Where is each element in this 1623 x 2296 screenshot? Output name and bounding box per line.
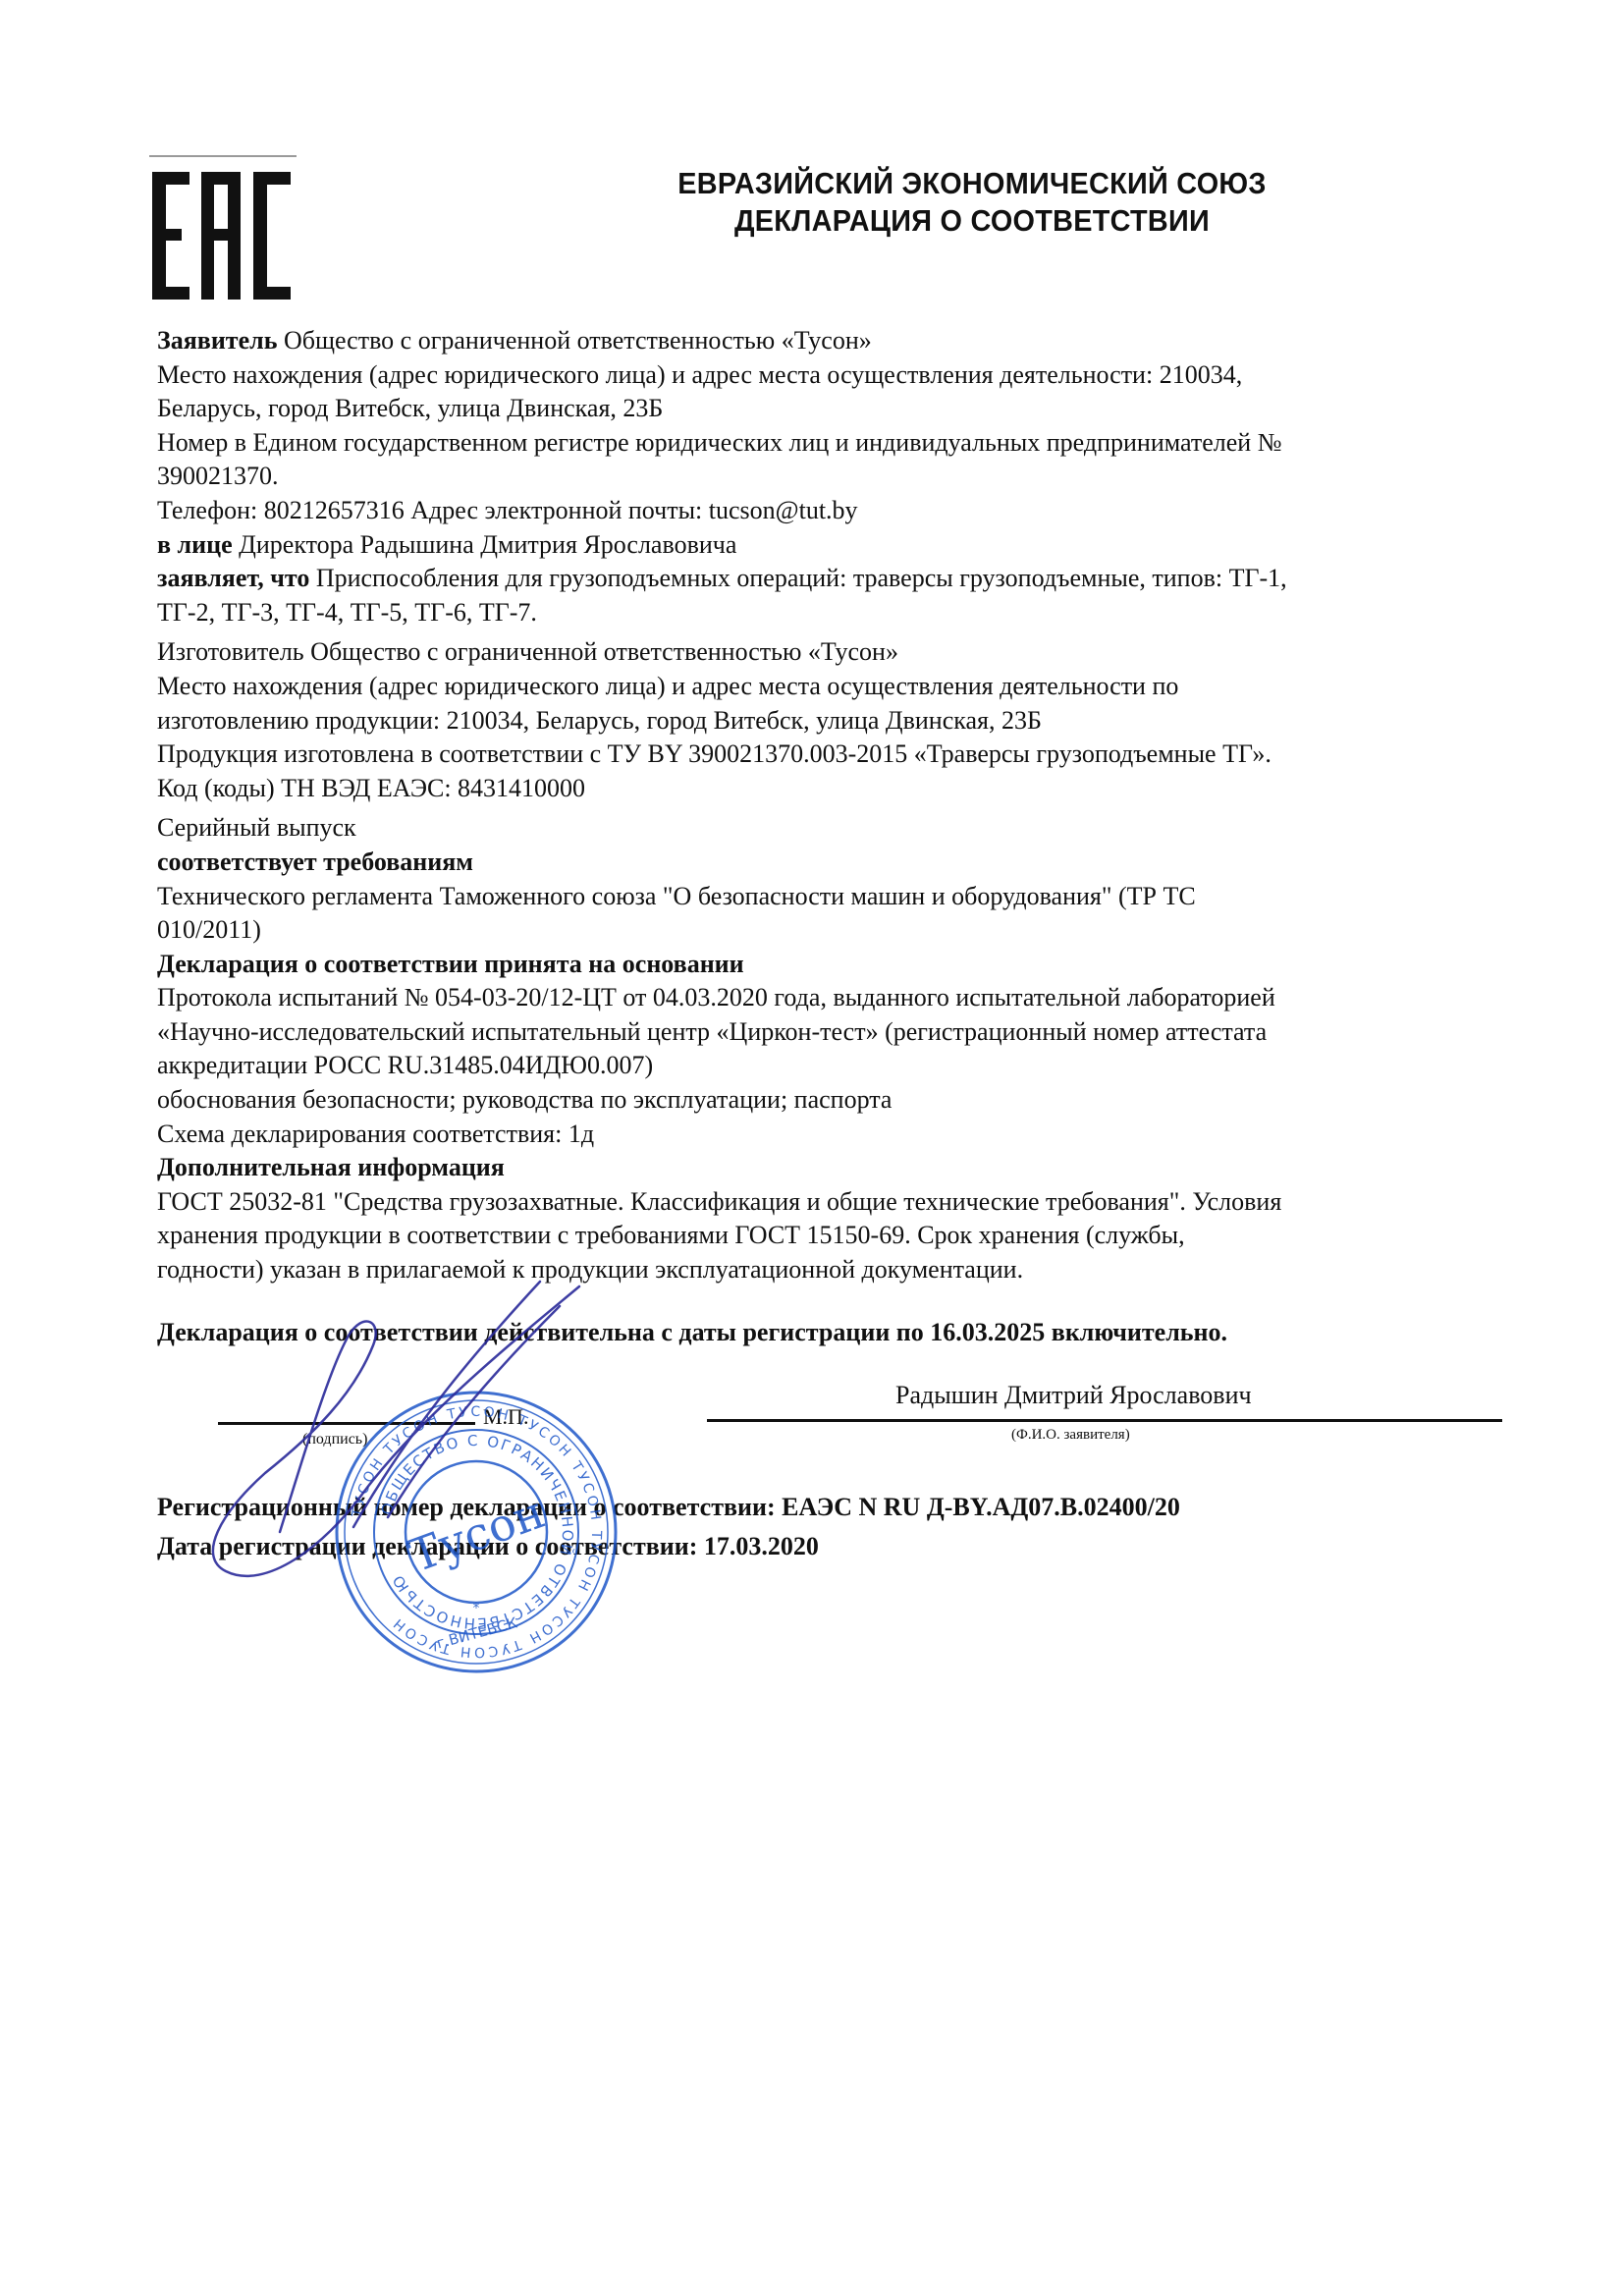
applicant-name: Общество с ограниченной ответственностью… [277, 326, 871, 355]
applicant-register-1: Номер в Едином государственном регистре … [157, 426, 1502, 461]
svg-text:Тусон: Тусон [403, 1485, 552, 1582]
basis-text-1: Протокола испытаний № 054-03-20/12-ЦТ от… [157, 981, 1502, 1015]
manufacturer-address-2: изготовлению продукции: 210034, Беларусь… [157, 704, 1502, 738]
manufacturer: Изготовитель Общество с ограниченной отв… [157, 635, 1502, 670]
name-line [707, 1419, 1502, 1422]
registration-number: Регистрационный номер декларации о соотв… [157, 1493, 1180, 1522]
eac-letter-e [152, 172, 189, 300]
document-title: ЕВРАЗИЙСКИЙ ЭКОНОМИЧЕСКИЙ СОЮЗ ДЕКЛАРАЦИ… [488, 165, 1456, 240]
logo-rule [149, 155, 297, 157]
declaration-scheme: Схема декларирования соответствия: 1д [157, 1118, 1502, 1152]
product-standard: Продукция изготовлена в соответствии с Т… [157, 738, 1502, 772]
additional-text-3: годности) указан в прилагаемой к продукц… [157, 1253, 1502, 1287]
basis-text-4: обоснования безопасности; руководства по… [157, 1083, 1502, 1118]
declaration-body: Заявитель Общество с ограниченной ответс… [157, 324, 1502, 1287]
representative-name: Директора Радышина Дмитрия Ярославовича [233, 530, 737, 559]
representative-label: в лице [157, 530, 233, 559]
title-declaration: ДЕКЛАРАЦИЯ О СООТВЕТСТВИИ [488, 202, 1456, 240]
representative-line: в лице Директора Радышина Дмитрия Яросла… [157, 528, 1502, 563]
applicant-address-1: Место нахождения (адрес юридического лиц… [157, 358, 1502, 393]
eac-letter-a [201, 172, 241, 300]
release-type: Серийный выпуск [157, 811, 1502, 846]
basis-text-2: «Научно-исследовательский испытательный … [157, 1015, 1502, 1050]
applicant-label: Заявитель [157, 326, 277, 355]
product-types: ТГ-2, ТГ-3, ТГ-4, ТГ-5, ТГ-6, ТГ-7. [157, 596, 1502, 630]
basis-text-3: аккредитации РОСС RU.31485.04ИДЮ0.007) [157, 1049, 1502, 1083]
basis-heading: Декларация о соответствии принята на осн… [157, 948, 1502, 982]
manufacturer-address-1: Место нахождения (адрес юридического лиц… [157, 670, 1502, 704]
applicant-line: Заявитель Общество с ограниченной ответс… [157, 324, 1502, 358]
requirements-text-2: 010/2011) [157, 913, 1502, 948]
eac-letter-c [253, 172, 291, 300]
additional-text-2: хранения продукции в соответствии с треб… [157, 1219, 1502, 1253]
product-code: Код (коды) ТН ВЭД ЕАЭС: 8431410000 [157, 772, 1502, 806]
additional-heading: Дополнительная информация [157, 1151, 1502, 1185]
requirements-heading: соответствует требованиям [157, 846, 1502, 880]
name-caption: (Ф.И.О. заявителя) [1011, 1427, 1130, 1444]
additional-text-1: ГОСТ 25032-81 "Средства грузозахватные. … [157, 1185, 1502, 1220]
declares-line: заявляет, что Приспособления для грузопо… [157, 562, 1502, 596]
applicant-address-2: Беларусь, город Витебск, улица Двинская,… [157, 392, 1502, 426]
company-stamp-icon: ТУСОН ТУСОН ТУСОН ТУСОН ТУСОН ТУСОН ТУСО… [329, 1385, 623, 1679]
validity-statement: Декларация о соответствии действительна … [157, 1318, 1227, 1347]
product-description: Приспособления для грузоподъемных операц… [309, 564, 1286, 592]
title-union: ЕВРАЗИЙСКИЙ ЭКОНОМИЧЕСКИЙ СОЮЗ [488, 165, 1456, 202]
requirements-text-1: Технического регламента Таможенного союз… [157, 880, 1502, 914]
applicant-contacts: Телефон: 80212657316 Адрес электронной п… [157, 494, 1502, 528]
svg-text:*: * [473, 1601, 480, 1616]
applicant-full-name: Радышин Дмитрий Ярославович [895, 1381, 1252, 1410]
eac-logo [147, 147, 295, 290]
declares-label: заявляет, что [157, 564, 309, 592]
applicant-register-2: 390021370. [157, 460, 1502, 494]
